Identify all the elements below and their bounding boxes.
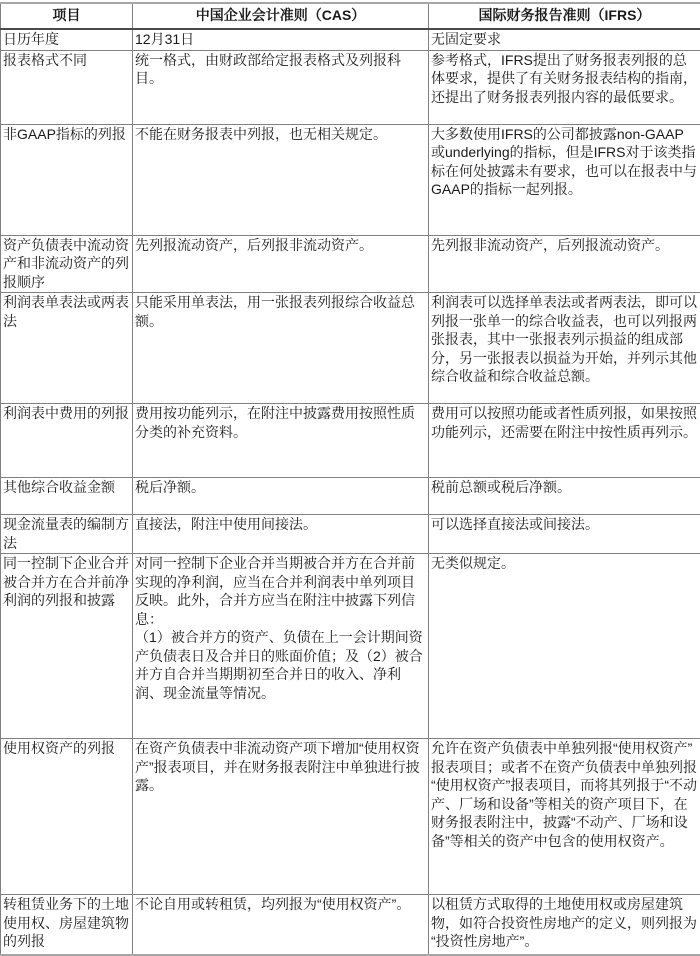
table-row: 利润表中费用的列报 费用按功能列示，在附注中披露费用按照性质分类的补充资料。 费… [1,404,700,478]
item-cell: 非GAAP指标的列报 [1,124,133,235]
table-body: 日历年度 12月31日 无固定要求 报表格式不同 统一格式，由财政部给定报表格式… [1,29,700,955]
table-row: 转租赁业务下的土地使用权、房屋建筑物的列报 不论自用或转租赁，均列报为“使用权资… [1,895,700,955]
ifrs-cell: 无固定要求 [429,29,700,50]
ifrs-cell: 允许在资产负债表中单独列报“使用权资产”报表项目；或者不在资产负债表中单独列报“… [429,739,700,895]
cas-cell: 费用按功能列示，在附注中披露费用按照性质分类的补充资料。 [133,404,429,478]
ifrs-cell: 利润表可以选择单表法或者两表法，即可以列报一张单一的综合收益表，也可以列报两张报… [429,293,700,404]
cas-ifrs-comparison-table: 项目 中国企业会计准则（CAS） 国际财务报告准则（IFRS） 日历年度 12月… [0,2,700,956]
table-row: 同一控制下企业合并被合并方在合并前净利润的列报和披露 对同一控制下企业合并当期被… [1,554,700,739]
item-cell: 资产负债表中流动资产和非流动资产的列报顺序 [1,235,133,293]
table-row: 现金流量表的编制方法 直接法，附注中使用间接法。 可以选择直接法或间接法。 [1,515,700,554]
table-row: 日历年度 12月31日 无固定要求 [1,29,700,50]
item-cell: 其他综合收益金额 [1,478,133,515]
item-cell: 利润表中费用的列报 [1,404,133,478]
ifrs-cell: 大多数使用IFRS的公司都披露non-GAAP或underlying的指标，但是… [429,124,700,235]
table-header-row: 项目 中国企业会计准则（CAS） 国际财务报告准则（IFRS） [1,3,700,29]
cas-cell: 不能在财务报表中列报，也无相关规定。 [133,124,429,235]
item-cell: 报表格式不同 [1,50,133,124]
cas-cell: 直接法，附注中使用间接法。 [133,515,429,554]
item-cell: 现金流量表的编制方法 [1,515,133,554]
ifrs-cell: 无类似规定。 [429,554,700,739]
ifrs-cell: 参考格式，IFRS提出了财务报表列报的总体要求，提供了有关财务报表结构的指南，还… [429,50,700,124]
item-cell: 使用权资产的列报 [1,739,133,895]
ifrs-cell: 税前总额或税后净额。 [429,478,700,515]
item-cell: 日历年度 [1,29,133,50]
table-row: 报表格式不同 统一格式，由财政部给定报表格式及列报科目。 参考格式，IFRS提出… [1,50,700,124]
item-cell: 同一控制下企业合并被合并方在合并前净利润的列报和披露 [1,554,133,739]
ifrs-cell: 可以选择直接法或间接法。 [429,515,700,554]
column-header-item: 项目 [1,3,133,29]
table-row: 利润表单表法或两表法 只能采用单表法，用一张报表列报综合收益总额。 利润表可以选… [1,293,700,404]
table-row: 使用权资产的列报 在资产负债表中非流动资产项下增加“使用权资产”报表项目，并在财… [1,739,700,895]
ifrs-cell: 费用可以按照功能或者性质列报，如果按照功能列示，还需要在附注中按性质再列示。 [429,404,700,478]
cas-cell: 12月31日 [133,29,429,50]
cas-cell: 不论自用或转租赁，均列报为“使用权资产”。 [133,895,429,955]
column-header-cas: 中国企业会计准则（CAS） [133,3,429,29]
cas-cell: 统一格式，由财政部给定报表格式及列报科目。 [133,50,429,124]
item-cell: 转租赁业务下的土地使用权、房屋建筑物的列报 [1,895,133,955]
cas-cell: 对同一控制下企业合并当期被合并方在合并前实现的净利润，应当在合并利润表中单列项目… [133,554,429,739]
item-cell: 利润表单表法或两表法 [1,293,133,404]
column-header-ifrs: 国际财务报告准则（IFRS） [429,3,700,29]
table-row: 资产负债表中流动资产和非流动资产的列报顺序 先列报流动资产，后列报非流动资产。 … [1,235,700,293]
cas-cell: 只能采用单表法，用一张报表列报综合收益总额。 [133,293,429,404]
ifrs-cell: 以租赁方式取得的土地使用权或房屋建筑物，如符合投资性房地产的定义，则列报为“投资… [429,895,700,955]
table-row: 非GAAP指标的列报 不能在财务报表中列报，也无相关规定。 大多数使用IFRS的… [1,124,700,235]
cas-cell: 在资产负债表中非流动资产项下增加“使用权资产”报表项目，并在财务报表附注中单独进… [133,739,429,895]
table-row: 其他综合收益金额 税后净额。 税前总额或税后净额。 [1,478,700,515]
cas-cell: 税后净额。 [133,478,429,515]
cas-cell: 先列报流动资产，后列报非流动资产。 [133,235,429,293]
ifrs-cell: 先列报非流动资产，后列报流动资产。 [429,235,700,293]
